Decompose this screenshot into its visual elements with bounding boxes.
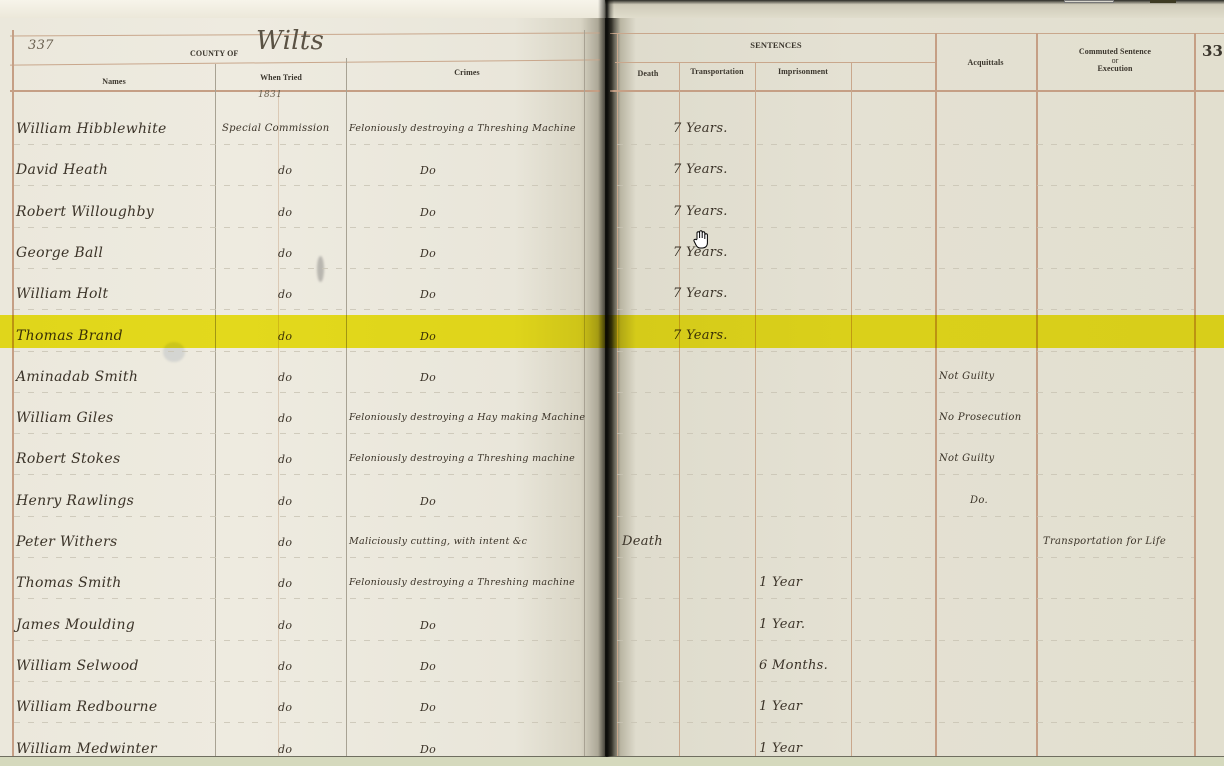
- row-ruling: [14, 681, 584, 682]
- page-top-edge: [605, 0, 1224, 18]
- toolbar-fragment-dark: [1150, 0, 1176, 3]
- row-highlight[interactable]: [0, 315, 1224, 348]
- row-ruling: [617, 681, 1194, 682]
- table-row-transportation: 7 Years.: [673, 121, 728, 136]
- column-header-death: Death: [617, 69, 679, 78]
- column-header-imprisonment: Imprisonment: [755, 67, 851, 76]
- table-row-crime: Do: [420, 247, 436, 260]
- table-row-name[interactable]: Peter Withers: [16, 534, 117, 550]
- row-ruling: [14, 185, 584, 186]
- col-line-right-margin: [1194, 33, 1196, 757]
- table-row-crime: Feloniously destroying a Threshing machi…: [349, 453, 575, 464]
- table-row-when-tried: do: [278, 660, 292, 673]
- header-bottom-rule: [610, 90, 1224, 92]
- table-row-transportation: 7 Years.: [673, 204, 728, 219]
- col-line-blank: [851, 62, 852, 757]
- row-ruling: [617, 185, 1194, 186]
- table-row-acquittal: Not Guilty: [939, 371, 994, 382]
- table-row-crime: Feloniously destroying a Hay making Mach…: [349, 412, 585, 423]
- row-ruling: [14, 557, 584, 558]
- table-row-name[interactable]: Thomas Smith: [16, 575, 122, 591]
- table-row-name[interactable]: William Giles: [16, 410, 114, 426]
- row-ruling: [617, 433, 1194, 434]
- table-row-death: Death: [622, 534, 663, 549]
- column-divider-crimes: [584, 30, 585, 757]
- table-row-name[interactable]: James Moulding: [16, 617, 135, 633]
- row-ruling: [617, 351, 1194, 352]
- table-row-when-tried: do: [278, 495, 292, 508]
- table-row-name[interactable]: Robert Willoughby: [16, 204, 154, 220]
- sentences-rule: [615, 62, 935, 63]
- left-page: 337 COUNTY OF Wilts Names When Tried Cri…: [0, 0, 605, 757]
- table-row-crime: Do: [420, 743, 436, 756]
- column-divider-names: [215, 64, 216, 757]
- table-row-acquittal: Do.: [970, 495, 988, 506]
- table-row-name[interactable]: George Ball: [16, 245, 103, 261]
- table-row-when-tried: do: [278, 453, 292, 466]
- table-row-imprisonment: 1 Year: [759, 575, 802, 590]
- row-ruling: [617, 474, 1194, 475]
- column-header-sentences: SENTENCES: [617, 40, 935, 50]
- row-ruling: [617, 516, 1194, 517]
- row-ruling: [14, 433, 584, 434]
- col-line-imprisonment: [755, 62, 756, 757]
- document-viewer[interactable]: 337 COUNTY OF Wilts Names When Tried Cri…: [0, 0, 1224, 766]
- table-row-name[interactable]: Aminadab Smith: [16, 369, 138, 385]
- row-ruling: [14, 516, 584, 517]
- row-ruling: [617, 227, 1194, 228]
- table-row-name[interactable]: William Redbourne: [16, 699, 157, 715]
- table-row-when-tried: do: [278, 371, 292, 384]
- table-row-crime: Do: [420, 701, 436, 714]
- header-bottom-rule: [10, 90, 600, 92]
- row-ruling: [617, 598, 1194, 599]
- table-row-commuted: Transportation for Life: [1043, 536, 1166, 547]
- table-row-name[interactable]: William Holt: [16, 286, 108, 302]
- col-line-death: [617, 33, 618, 757]
- table-row-name[interactable]: William Medwinter: [16, 741, 157, 757]
- county-name: Wilts: [256, 26, 324, 56]
- table-row-acquittal: Not Guilty: [939, 453, 994, 464]
- table-row-crime: Maliciously cutting, with intent &c: [349, 536, 527, 547]
- col-line-commuted: [1036, 33, 1038, 757]
- table-row-transportation: 7 Years.: [673, 286, 728, 301]
- table-row-when-tried: do: [278, 206, 292, 219]
- table-row-when-tried: do: [278, 288, 292, 301]
- row-ruling: [14, 722, 584, 723]
- table-row-name[interactable]: David Heath: [16, 162, 108, 178]
- table-row-when-tried: do: [278, 164, 292, 177]
- row-ruling: [14, 640, 584, 641]
- row-ruling: [14, 474, 584, 475]
- col-line-acquittals: [935, 33, 937, 757]
- table-row-when-tried: Special Commission: [222, 123, 329, 134]
- column-header-when-tried: When Tried: [216, 73, 346, 82]
- row-ruling: [14, 144, 584, 145]
- table-row-crime: Do: [420, 371, 436, 384]
- table-row-imprisonment: 1 Year: [759, 699, 802, 714]
- column-header-commuted-3: Execution: [1036, 64, 1194, 73]
- ink-smudge: [317, 256, 324, 282]
- table-row-imprisonment: 6 Months.: [759, 658, 828, 673]
- column-header-names: Names: [14, 77, 214, 86]
- row-ruling: [14, 351, 584, 352]
- row-ruling: [14, 268, 584, 269]
- table-row-imprisonment: 1 Year.: [759, 617, 805, 632]
- table-row-when-tried: do: [278, 247, 292, 260]
- table-row-when-tried: do: [278, 577, 292, 590]
- table-row-name[interactable]: Henry Rawlings: [16, 493, 134, 509]
- table-row-transportation: 7 Years.: [673, 162, 728, 177]
- row-ruling: [617, 309, 1194, 310]
- year-note: 1831: [258, 90, 282, 100]
- row-ruling: [14, 598, 584, 599]
- table-row-imprisonment: 1 Year: [759, 741, 802, 756]
- table-row-crime: Do: [420, 288, 436, 301]
- table-row-crime: Do: [420, 495, 436, 508]
- table-row-when-tried: do: [278, 743, 292, 756]
- row-ruling: [14, 392, 584, 393]
- row-ruling: [14, 309, 584, 310]
- row-ruling: [617, 268, 1194, 269]
- table-row-when-tried: do: [278, 619, 292, 632]
- column-header-acquittals: Acquittals: [935, 58, 1036, 67]
- table-row-when-tried: do: [278, 412, 292, 425]
- left-margin-rule: [12, 30, 14, 757]
- table-row-when-tried: do: [278, 701, 292, 714]
- table-row-crime: Feloniously destroying a Threshing machi…: [349, 577, 575, 588]
- table-row-crime: Do: [420, 206, 436, 219]
- row-ruling: [617, 640, 1194, 641]
- table-row-crime: Feloniously destroying a Threshing Machi…: [349, 123, 576, 134]
- page-number: 337: [28, 38, 54, 53]
- row-ruling: [617, 144, 1194, 145]
- row-ruling: [617, 722, 1194, 723]
- column-divider-tried: [346, 58, 347, 757]
- table-row-crime: Do: [420, 660, 436, 673]
- row-ruling: [14, 227, 584, 228]
- row-ruling: [617, 557, 1194, 558]
- county-label: COUNTY OF: [190, 49, 238, 58]
- table-row-name[interactable]: William Selwood: [16, 658, 139, 674]
- page-top-edge: [0, 0, 605, 18]
- right-page: SENTENCES Death Transportation Imprisonm…: [605, 0, 1224, 757]
- toolbar-fragment: [1064, 0, 1114, 3]
- table-row-name[interactable]: Robert Stokes: [16, 451, 120, 467]
- column-header-transportation: Transportation: [679, 67, 755, 76]
- column-header-commuted-1: Commuted Sentence: [1036, 47, 1194, 56]
- table-row-acquittal: No Prosecution: [939, 412, 1021, 423]
- header-top-rule: [610, 33, 1224, 34]
- book-spine: [598, 0, 614, 757]
- page-number: 33: [1202, 42, 1223, 60]
- header-mid-rule: [10, 59, 600, 65]
- column-header-crimes: Crimes: [347, 68, 587, 77]
- hand-pointer-icon: [693, 230, 709, 250]
- table-row-crime: Do: [420, 164, 436, 177]
- row-ruling: [617, 392, 1194, 393]
- table-row-when-tried: do: [278, 536, 292, 549]
- table-row-name[interactable]: William Hibblewhite: [16, 121, 167, 137]
- table-row-crime: Do: [420, 619, 436, 632]
